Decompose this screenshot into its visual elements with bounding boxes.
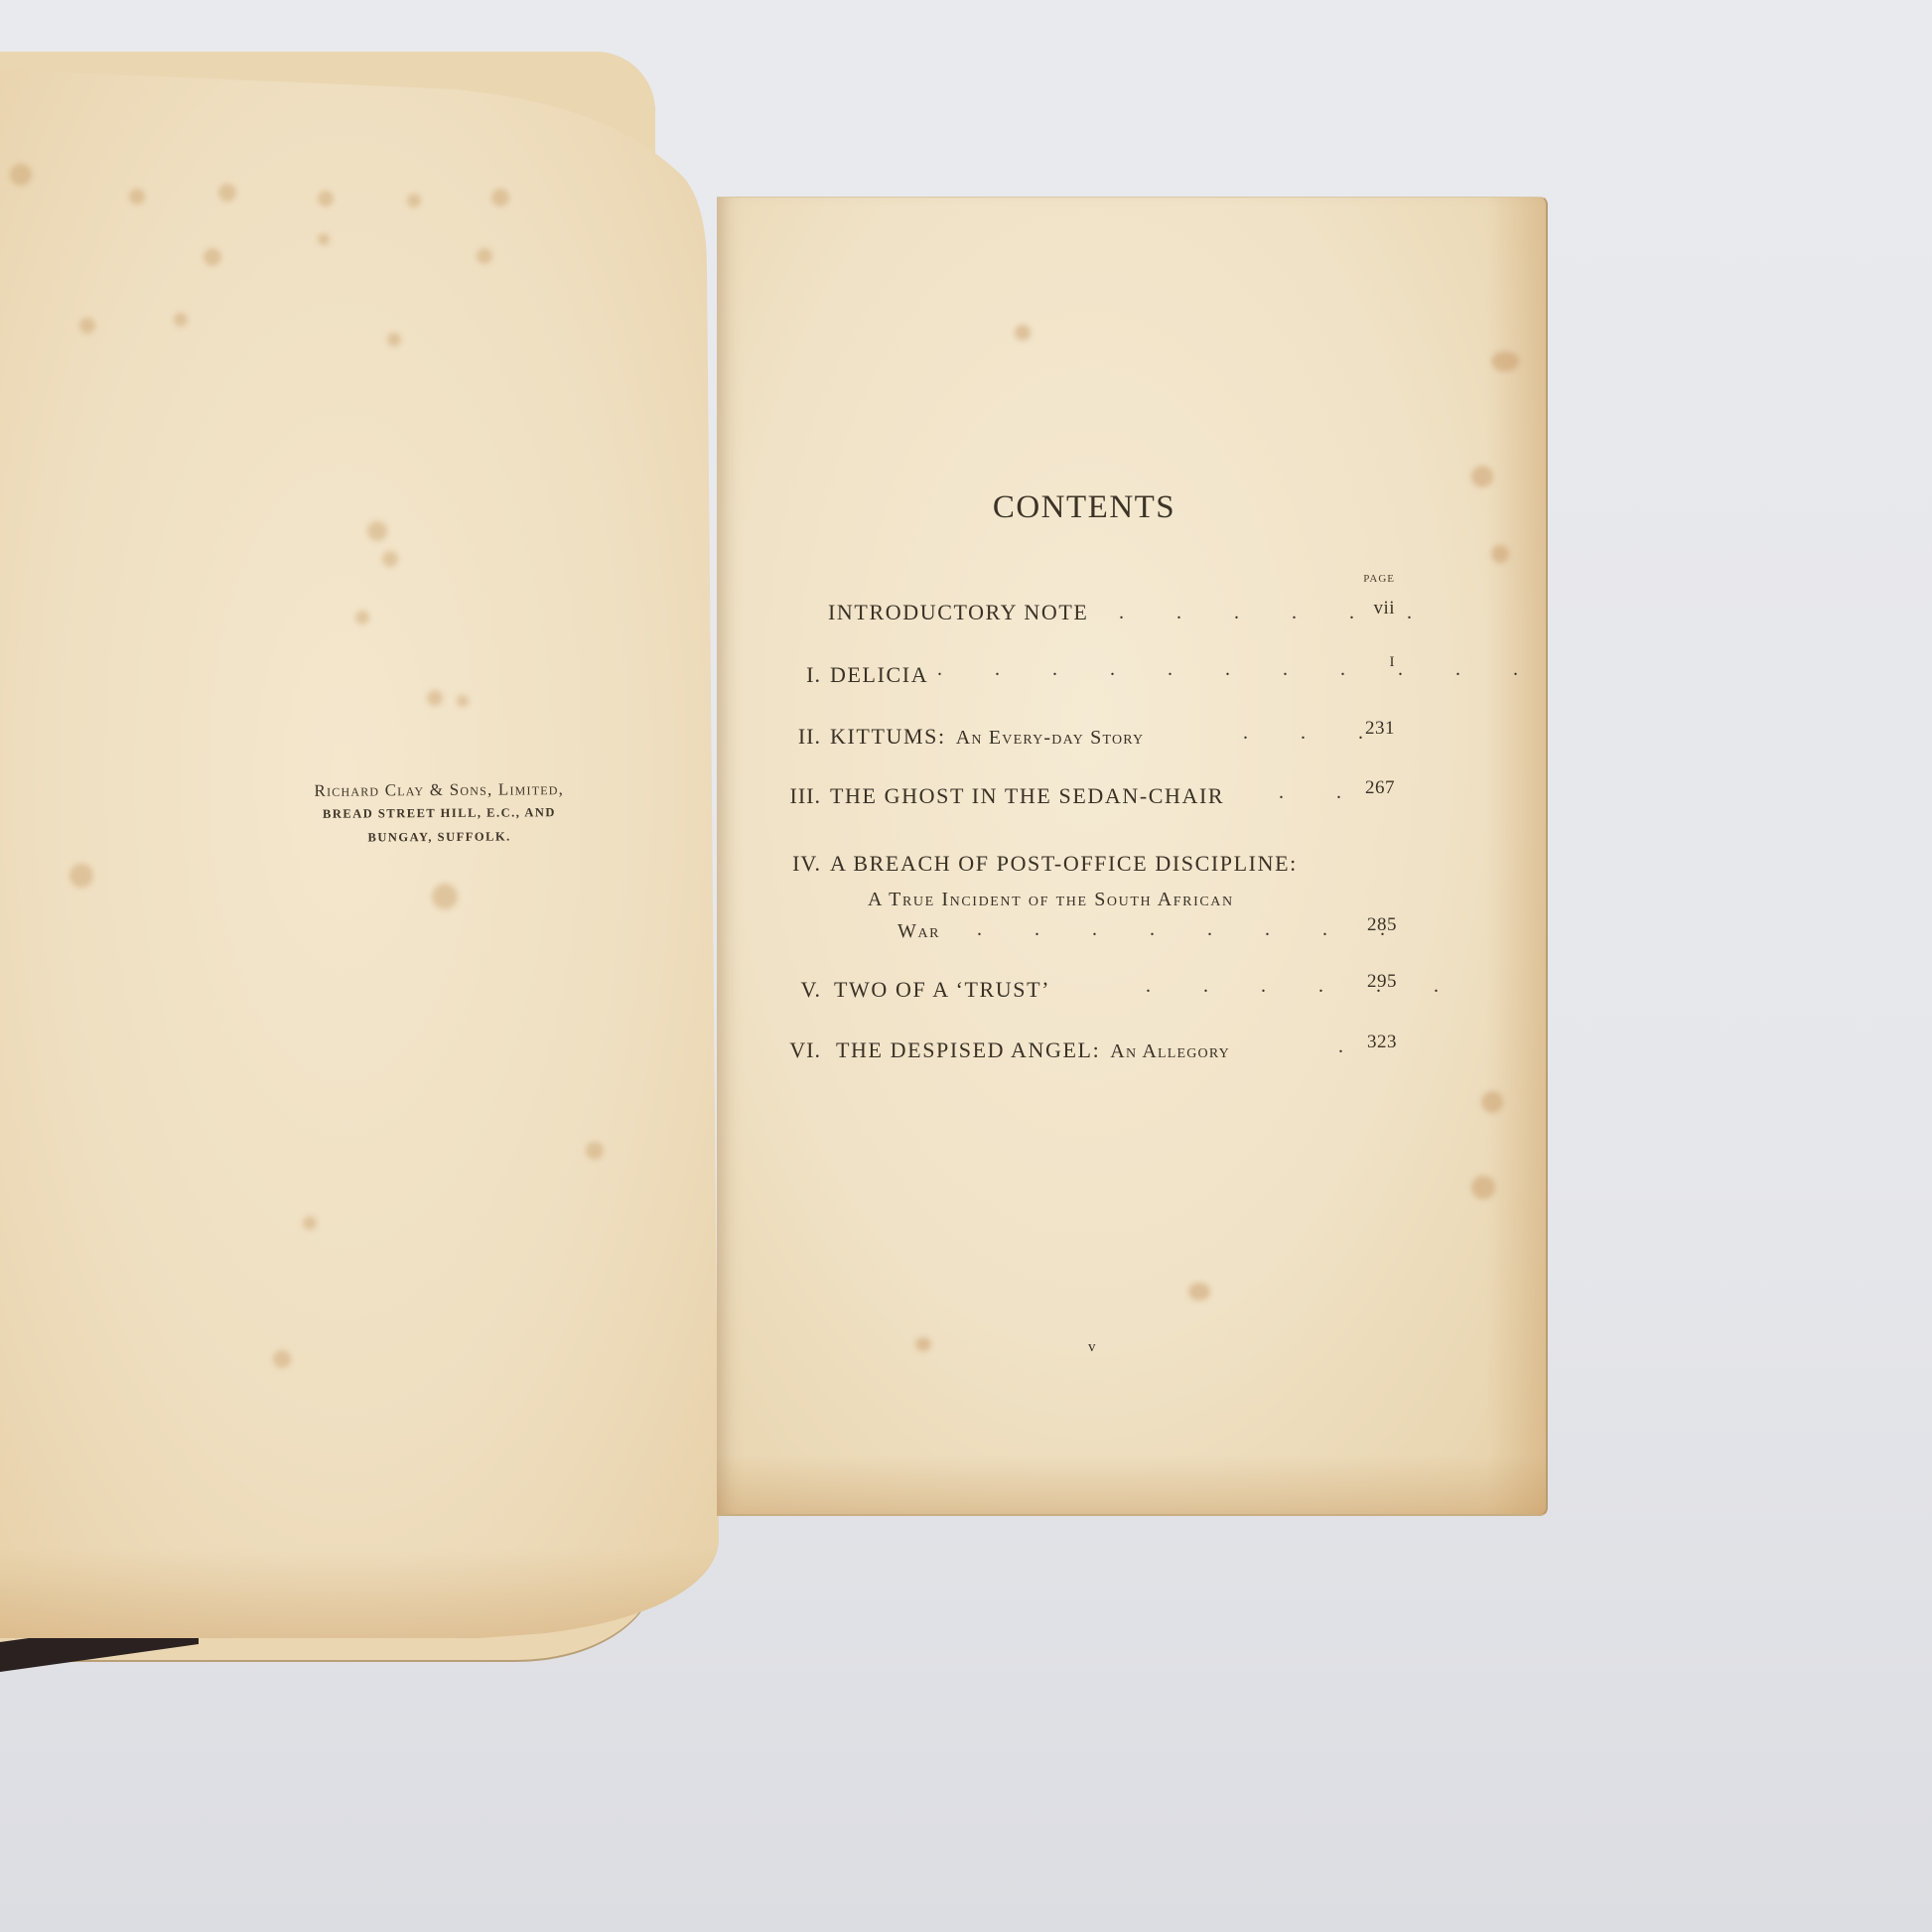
toc-entry-kittums[interactable]: II. KITTUMS:An Every-day Story . . . 231: [717, 724, 1546, 758]
toc-entry-number: IV.: [792, 851, 821, 877]
dot-leader: . . . . . . . .: [977, 918, 1409, 941]
toc-entry-number: III.: [790, 783, 821, 809]
toc-entry-page: 295: [1367, 971, 1397, 993]
foxing-spot: [367, 521, 387, 541]
toc-entry-page: 267: [1365, 777, 1395, 799]
toc-entry-number: I.: [806, 662, 821, 688]
imprint-address: BREAD STREET HILL, E.C., AND: [268, 805, 611, 822]
foxing-spot: [69, 864, 93, 888]
toc-entry-number: VI.: [789, 1037, 821, 1063]
foxing-spot: [407, 194, 421, 207]
foxing-spot: [457, 695, 469, 707]
toc-entry-page: vii: [1373, 598, 1395, 620]
toc-entry-two-of-a-trust[interactable]: V. TWO OF A ‘TRUST’ . . . . . . 295: [717, 977, 1546, 1011]
toc-entry-subtitle: An Allegory: [1110, 1040, 1230, 1062]
foxing-spot: [318, 191, 334, 207]
toc-entry-page: 285: [1367, 914, 1397, 936]
foxing-spot: [427, 690, 443, 706]
toc-entry-ghost-sedan-chair[interactable]: III. THE GHOST IN THE SEDAN-CHAIR . . 26…: [717, 783, 1546, 817]
foxing-spot: [387, 333, 401, 346]
dot-leader: . . . . . . . . . . .: [937, 658, 1542, 681]
foxing-spot: [355, 611, 369, 624]
toc-entry-main-title: KITTUMS:: [830, 724, 946, 749]
toc-entry-breach-post-office[interactable]: IV. A BREACH OF POST-OFFICE DISCIPLINE: …: [717, 851, 1546, 960]
foxing-spot: [477, 248, 492, 264]
toc-entry-delicia[interactable]: I. DELICIA . . . . . . . . . . . I: [717, 662, 1546, 696]
dot-leader: . .: [1279, 781, 1365, 804]
toc-entry-title: TWO OF A ‘TRUST’: [834, 977, 1050, 1003]
toc-entry-page: 323: [1367, 1032, 1397, 1053]
toc-entry-title: THE GHOST IN THE SEDAN-CHAIR: [830, 783, 1224, 809]
toc-entry-subtitle: An Every-day Story: [956, 727, 1145, 749]
foxing-spot: [204, 248, 221, 266]
toc-entry-despised-angel[interactable]: VI. THE DESPISED ANGEL:An Allegory . 323: [717, 1037, 1546, 1071]
toc-entry-title: KITTUMS:An Every-day Story: [830, 724, 1144, 750]
page-number-folio: v: [1088, 1339, 1096, 1356]
foxing-spot: [129, 189, 145, 205]
imprint-location: BUNGAY, SUFFOLK.: [268, 829, 611, 846]
foxing-spot: [382, 551, 398, 567]
foxing-spot: [432, 884, 458, 909]
toc-entry-number: V.: [800, 977, 821, 1003]
foxing-spot: [273, 1350, 291, 1368]
toc-entry-subtitle-line: A True Incident of the South African: [868, 889, 1234, 911]
toc-entry-title: DELICIA: [830, 662, 928, 688]
toc-entry-page: 231: [1365, 718, 1395, 740]
toc-entry-main-title: THE DESPISED ANGEL:: [836, 1037, 1100, 1062]
toc-entry-title: INTRODUCTORY NOTE: [828, 600, 1088, 625]
imprint-printer-name: Richard Clay & Sons, Limited,: [268, 779, 611, 801]
foxing-spot: [586, 1142, 604, 1160]
foxing-spot: [318, 233, 330, 245]
toc-entry-page: I: [1390, 654, 1396, 671]
printer-imprint: Richard Clay & Sons, Limited, BREAD STRE…: [268, 779, 612, 855]
toc-entry-subtitle-line: War: [897, 920, 940, 943]
right-page-contents: CONTENTS PAGE INTRODUCTORY NOTE . . . . …: [717, 197, 1548, 1516]
toc-entry-title: THE DESPISED ANGEL:An Allegory: [836, 1037, 1230, 1063]
foxing-spot: [491, 189, 509, 207]
dot-leader: . . . . . .: [1146, 975, 1462, 998]
dot-leader: .: [1338, 1035, 1367, 1058]
foxing-spot: [218, 184, 236, 202]
toc-entry-introductory-note[interactable]: INTRODUCTORY NOTE . . . . . . vii: [717, 600, 1546, 633]
table-of-contents: INTRODUCTORY NOTE . . . . . . vii I. DEL…: [717, 198, 1546, 1514]
toc-entry-number: II.: [798, 724, 821, 750]
foxing-spot: [10, 164, 32, 186]
toc-entry-title: A BREACH OF POST-OFFICE DISCIPLINE:: [830, 851, 1298, 877]
foxing-spot: [79, 318, 95, 334]
foxing-spot: [174, 313, 188, 327]
foxing-spot: [303, 1216, 317, 1230]
